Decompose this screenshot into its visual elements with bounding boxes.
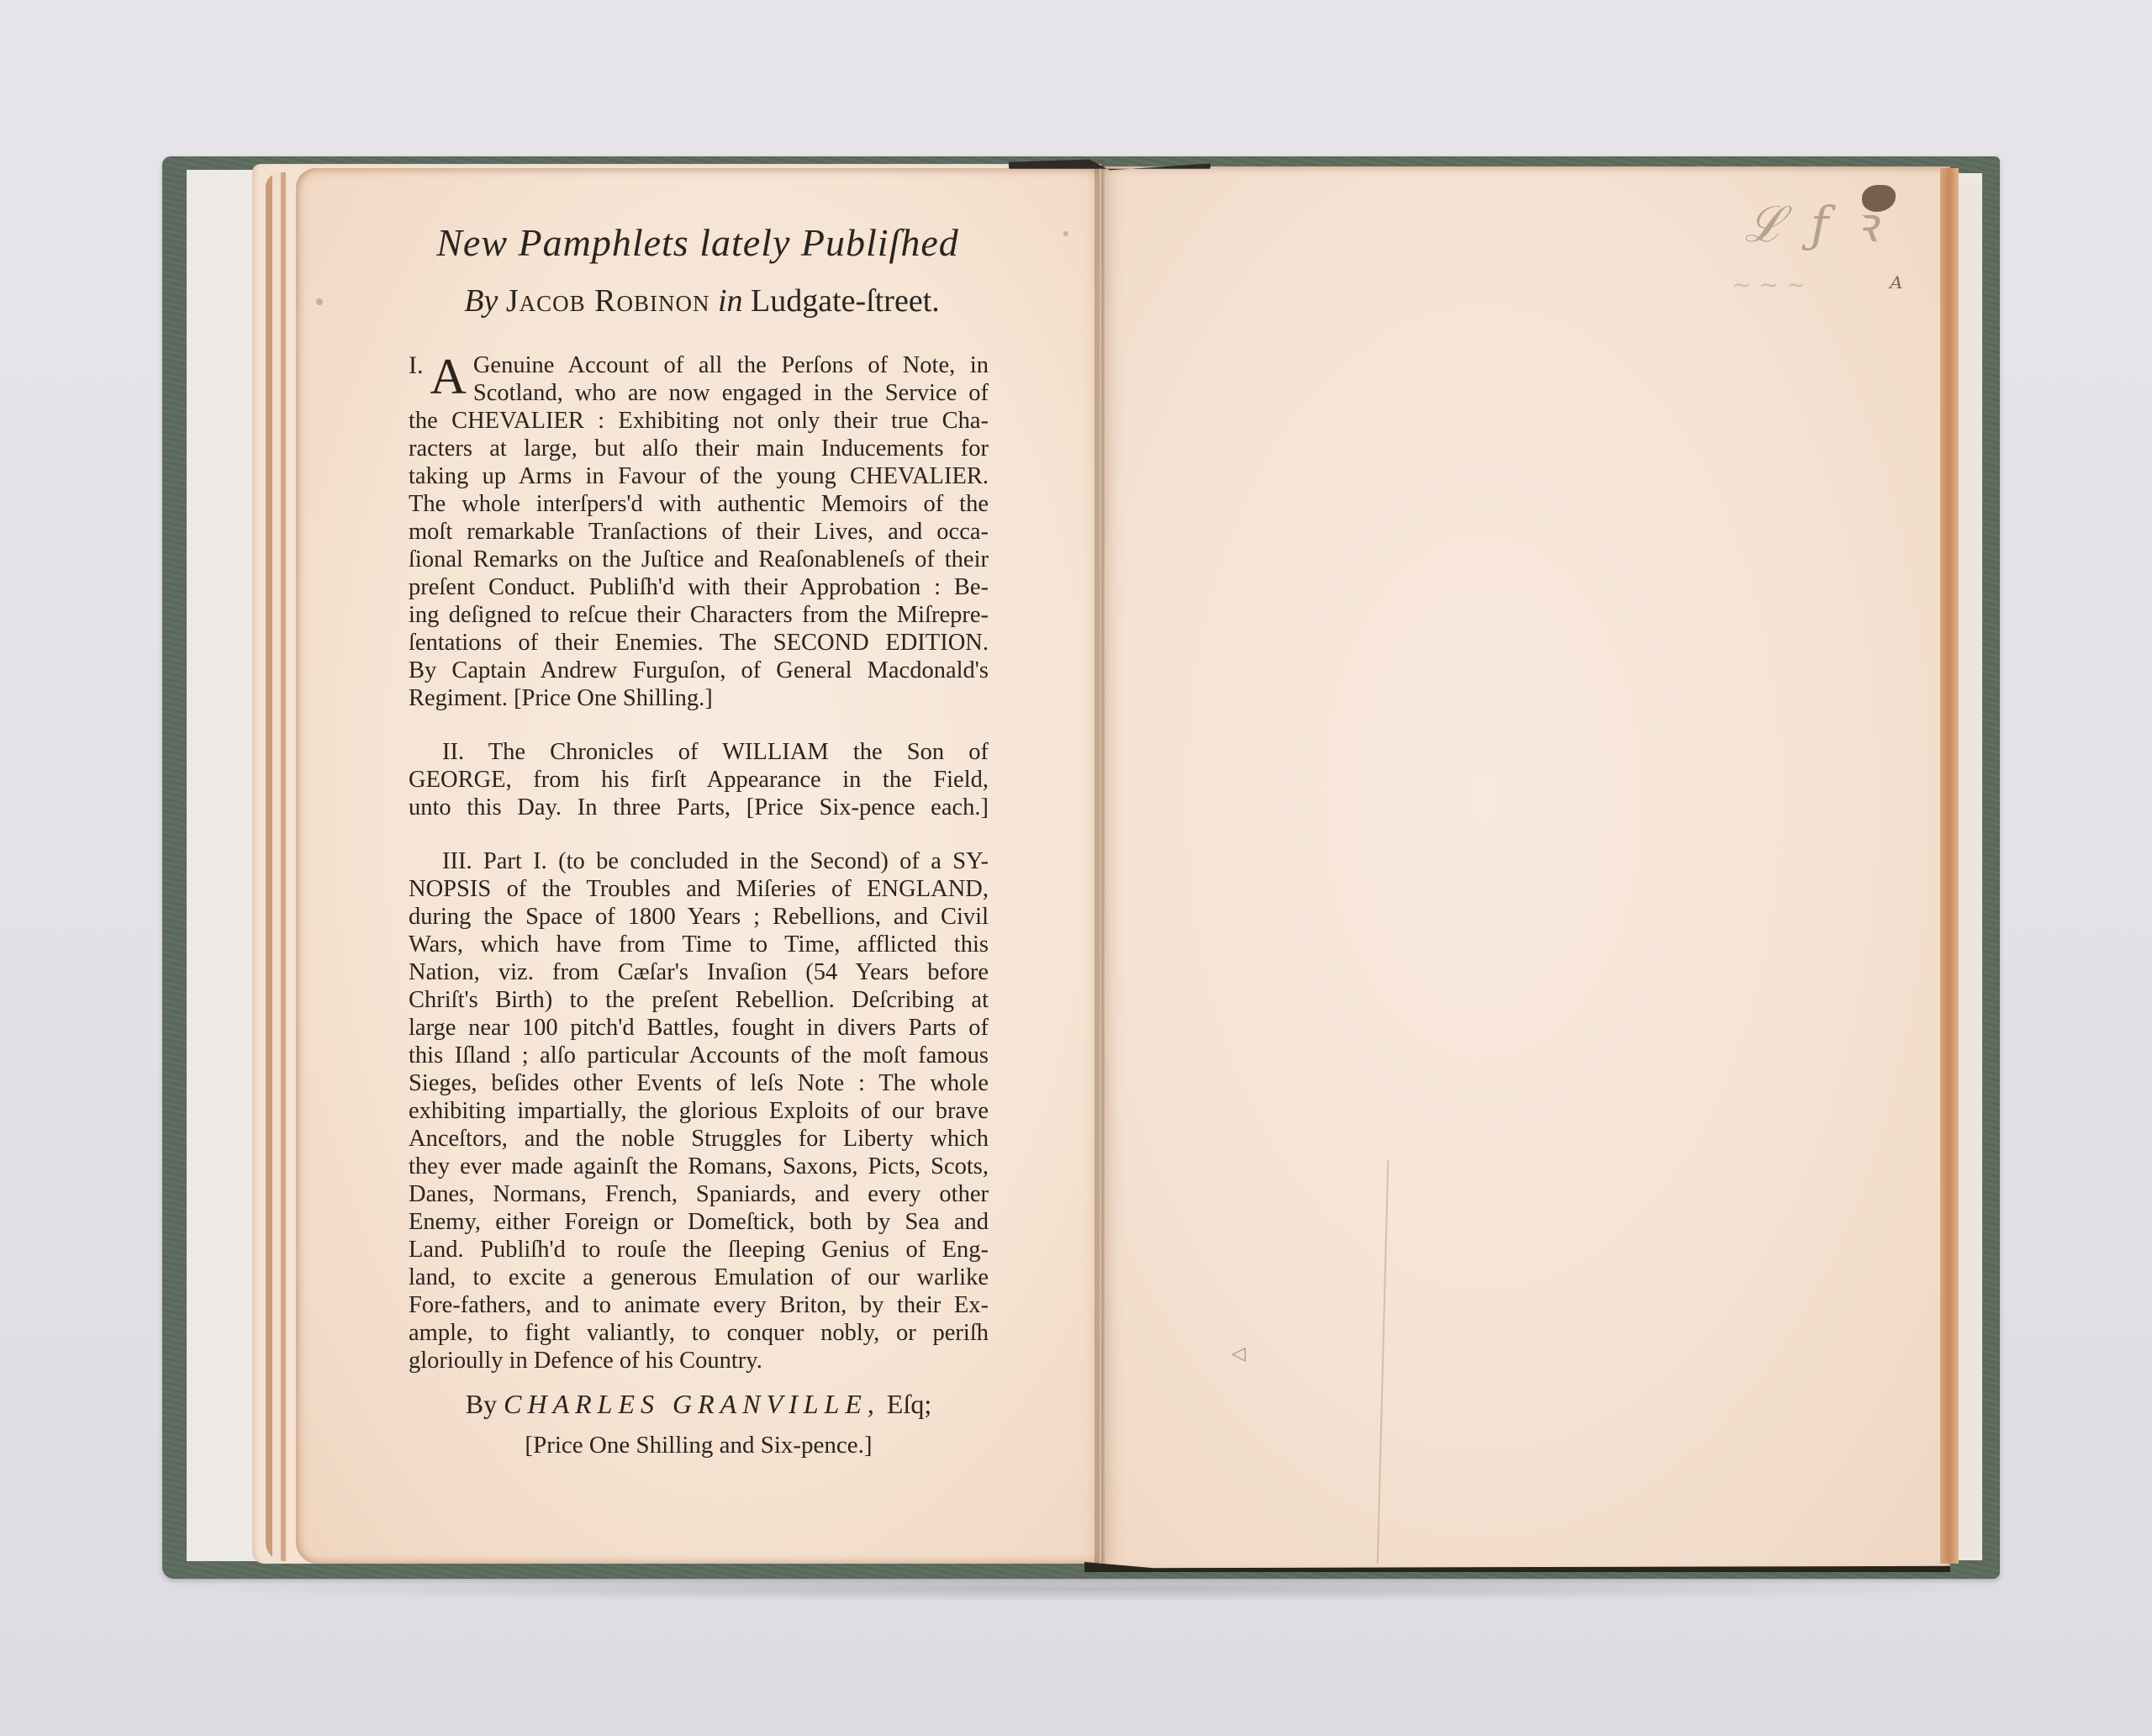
- author-line: By CHARLES GRANVILLE, Eſq;: [409, 1389, 989, 1420]
- item-1-dropcap: A: [430, 353, 467, 400]
- text-line: ſentations of their Enemies. The SECOND …: [409, 629, 989, 657]
- text-line: GEORGE, from his firſt Appearance in the…: [409, 766, 989, 794]
- byline-by: By: [464, 283, 498, 319]
- text-line: Danes, Normans, French, Spaniards, and e…: [409, 1180, 989, 1208]
- text-line: II. The Chronicles of WILLIAM the Son of: [409, 738, 989, 766]
- author-suffix: Eſq;: [887, 1389, 931, 1419]
- text-line: they ever made againſt the Romans, Saxon…: [409, 1153, 989, 1180]
- text-line: Anceſtors, and the noble Struggles for L…: [409, 1125, 989, 1153]
- text-line: ample, to fight valiantly, to conquer no…: [409, 1319, 989, 1347]
- item-1-numeral: I.: [409, 351, 424, 379]
- item-1: I. A Genuine Account of all the Perſons …: [409, 351, 989, 712]
- small-mark: ◁: [1232, 1343, 1246, 1364]
- text-line: racters at large, but alſo their main In…: [409, 435, 989, 462]
- text-line: land, to excite a generous Emulation of …: [409, 1264, 989, 1291]
- right-page: [1101, 166, 1950, 1569]
- handwritten-mark-3: ᴬ: [1890, 272, 1902, 305]
- text-line: Genuine Account of all the Perſons of No…: [409, 351, 989, 379]
- book-shadow: [168, 1576, 2009, 1601]
- text-line: glorioully in Defence of his Country.: [409, 1347, 989, 1375]
- byline-publisher: Jacob Robinon: [506, 283, 710, 319]
- text-line: the CHEVALIER : Exhibiting not only thei…: [409, 407, 989, 435]
- text-line: Chriſt's Birth) to the preſent Rebellion…: [409, 986, 989, 1014]
- price-line: [Price One Shilling and Six-pence.]: [409, 1432, 989, 1459]
- text-line: unto this Day. In three Parts, [Price Si…: [409, 794, 989, 821]
- byline-in: in: [718, 283, 743, 319]
- item-3: III. Part I. (to be concluded in the Sec…: [409, 847, 989, 1375]
- text-line: Nation, viz. from Cæſar's Invaſion (54 Y…: [409, 958, 989, 986]
- text-line: Wars, which have from Time to Time, affl…: [409, 931, 989, 958]
- page-title: New Pamphlets lately Publiſhed: [412, 220, 984, 265]
- item-2: II. The Chronicles of WILLIAM the Son of…: [409, 738, 989, 821]
- text-line: The whole interſpers'd with authentic Me…: [409, 490, 989, 518]
- text-line: NOPSIS of the Troubles and Miſeries of E…: [409, 875, 989, 903]
- text-line: large near 100 pitch'd Battles, fought i…: [409, 1014, 989, 1042]
- foxing-spot: [1063, 231, 1068, 236]
- right-page-foxed-edge: [1940, 168, 1959, 1564]
- text-line: preſent Conduct. Publiſh'd with their Ap…: [409, 573, 989, 601]
- text-line: ſional Remarks on the Juſtice and Reaſon…: [409, 546, 989, 573]
- text-line: Fore-fathers, and to animate every Brito…: [409, 1291, 989, 1319]
- handwritten-mark-4: ~ ~ ~: [1732, 271, 1806, 298]
- author-name: CHARLES GRANVILLE,: [504, 1389, 880, 1419]
- text-line: during the Space of 1800 Years ; Rebelli…: [409, 903, 989, 931]
- text-line: Sieges, beſides other Events of leſs Not…: [409, 1069, 989, 1097]
- spine-gutter: [1094, 160, 1105, 1572]
- text-line: Enemy, either Foreign or Domeſtick, both…: [409, 1208, 989, 1236]
- text-line: Land. Publiſh'd to rouſe the ſleeping Ge…: [409, 1236, 989, 1264]
- byline-place: Ludgate-ſtreet.: [751, 283, 940, 319]
- publisher-byline: By Jacob Robinon in Ludgate-ſtreet.: [420, 282, 984, 319]
- text-line: exhibiting impartially, the glorious Exp…: [409, 1097, 989, 1125]
- text-line: ing deſigned to reſcue their Characters …: [409, 601, 989, 629]
- text-line: Scotland, who are now engaged in the Ser…: [409, 379, 989, 407]
- text-line: this Iſland ; alſo particular Accounts o…: [409, 1042, 989, 1069]
- author-by: By: [466, 1389, 497, 1419]
- text-line: Regiment. [Price One Shilling.]: [409, 684, 989, 712]
- right-flyleaf: [1959, 183, 1982, 1556]
- text-line: moſt remarkable Tranſactions of their Li…: [409, 518, 989, 546]
- text-line: By Captain Andrew Furguſon, of General M…: [409, 657, 989, 684]
- foxing-spot: [316, 298, 323, 305]
- text-line: III. Part I. (to be concluded in the Sec…: [409, 847, 989, 875]
- text-line: taking up Arms in Favour of the young CH…: [409, 462, 989, 490]
